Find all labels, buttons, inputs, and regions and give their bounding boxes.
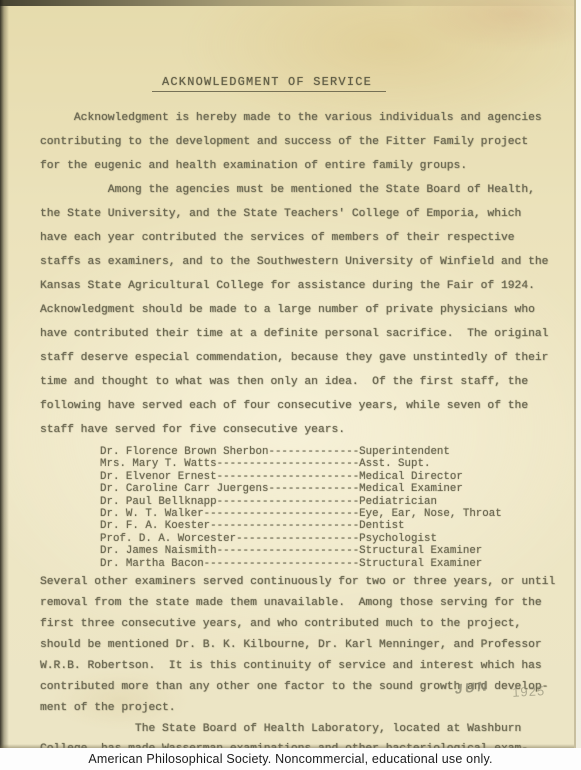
text-line: following have served each of four conse… (40, 394, 552, 418)
text-line: removal from the state made them unavail… (40, 593, 552, 614)
text-line: time and thought to what was then only a… (40, 370, 552, 394)
text-line: contributing to the development and succ… (40, 130, 552, 154)
text-line: the State University, and the State Teac… (40, 202, 552, 226)
text-line: have each year contributed the services … (40, 226, 552, 250)
date-stamp: JUN 1925 (455, 679, 545, 697)
text-line: staff have served for five consecutive y… (40, 418, 552, 442)
paragraph-other-examiners: Several other examiners served continuou… (40, 572, 552, 719)
text-line: Several other examiners served continuou… (40, 572, 552, 593)
paragraph-agencies: Among the agencies must be mentioned the… (40, 178, 552, 442)
archive-footer-strip: American Philosophical Society. Noncomme… (0, 748, 581, 770)
paper-edge-left (0, 0, 9, 748)
date-stamp-month: JUN (455, 678, 490, 697)
staff-row: Dr. James Naismith----------------------… (100, 545, 552, 557)
page-title: ACKNOWLEDGMENT OF SERVICE (152, 75, 386, 92)
text-line: Kansas State Agricultural College for as… (40, 274, 552, 298)
text-line: The State Board of Health Laboratory, lo… (40, 719, 552, 739)
staff-list: Dr. Florence Brown Sherbon--------------… (100, 446, 552, 570)
staff-row: Dr. Elvenor Ernest----------------------… (100, 471, 552, 483)
typewritten-content: ACKNOWLEDGMENT OF SERVICE Acknowledgment… (40, 72, 552, 759)
staff-row: Prof. D. A. Worcester-------------------… (100, 533, 552, 545)
staff-row: Dr. Caroline Carr Juergens--------------… (100, 483, 552, 495)
staff-row: Dr. F. A. Koester-----------------------… (100, 520, 552, 532)
text-line: Acknowledgment should be made to a large… (40, 298, 552, 322)
text-line: W.R.B. Robertson. It is this continuity … (40, 656, 552, 677)
paper-edge-right (576, 0, 581, 748)
text-line: have contributed their time at a definit… (40, 322, 552, 346)
staff-row: Dr. Paul Bellknapp----------------------… (100, 496, 552, 508)
text-line: Acknowledgment is hereby made to the var… (40, 106, 552, 130)
date-stamp-year: 1925 (512, 683, 546, 700)
staff-row: Dr. Florence Brown Sherbon--------------… (100, 446, 552, 458)
staff-row: Mrs. Mary T. Watts----------------------… (100, 458, 552, 470)
paragraph-acknowledgment: Acknowledgment is hereby made to the var… (40, 106, 552, 178)
text-line: staff deserve especial commendation, bec… (40, 346, 552, 370)
paper-edge-top (0, 0, 574, 6)
text-line: Among the agencies must be mentioned the… (40, 178, 552, 202)
text-line: should be mentioned Dr. B. K. Kilbourne,… (40, 635, 552, 656)
scanned-document: ACKNOWLEDGMENT OF SERVICE Acknowledgment… (0, 0, 581, 770)
staff-row: Dr. W. T. Walker------------------------… (100, 508, 552, 520)
title-row: ACKNOWLEDGMENT OF SERVICE (152, 72, 552, 90)
staff-row: Dr. Martha Bacon------------------------… (100, 558, 552, 570)
text-line: staffs as examiners, and to the Southwes… (40, 250, 552, 274)
text-line: first three consecutive years, and who c… (40, 614, 552, 635)
text-line: for the eugenic and health examination o… (40, 154, 552, 178)
archive-credit-text: American Philosophical Society. Noncomme… (88, 752, 492, 766)
text-line: ment of the project. (40, 698, 552, 719)
